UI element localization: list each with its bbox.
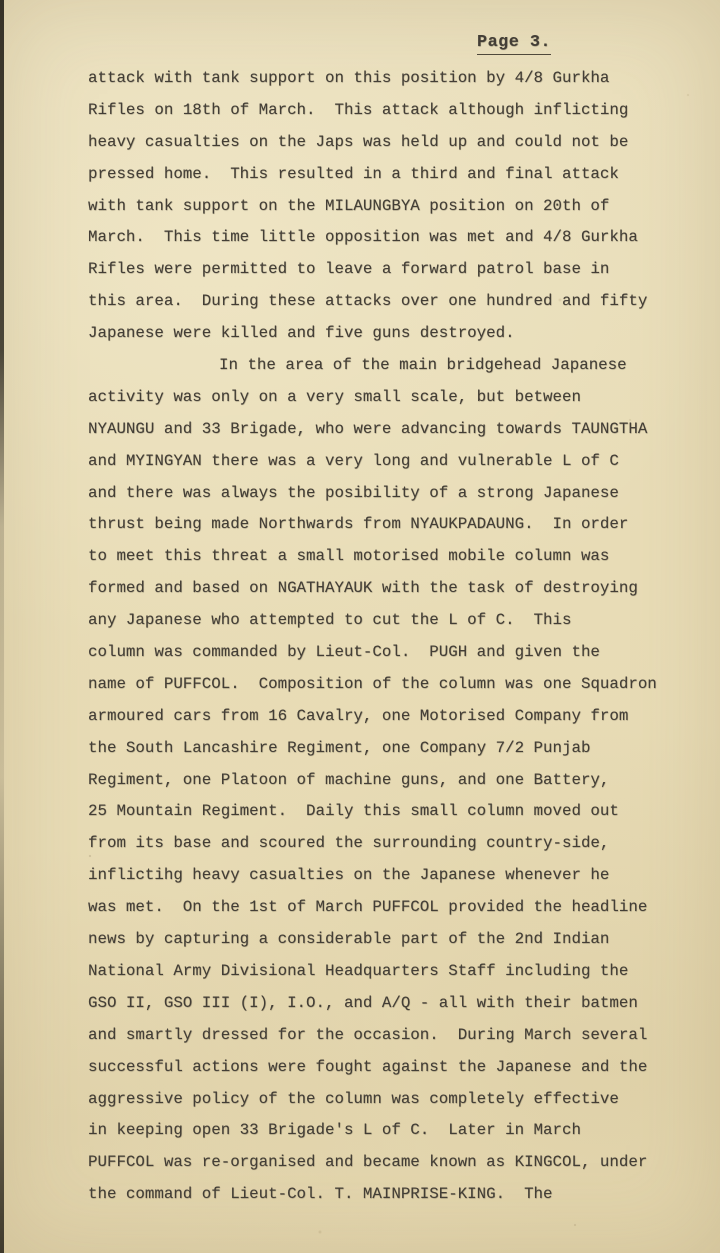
text-line: aggressive policy of the column was comp… (88, 1084, 688, 1116)
text-line: successful actions were fought against t… (88, 1052, 688, 1084)
text-line: name of PUFFCOL. Composition of the colu… (88, 669, 688, 701)
text-line: 25 Mountain Regiment. Daily this small c… (88, 796, 688, 828)
text-line: NYAUNGU and 33 Brigade, who were advanci… (88, 414, 688, 446)
text-line: PUFFCOL was re-organised and became know… (88, 1147, 688, 1179)
text-line: and MYINGYAN there was a very long and v… (88, 446, 688, 478)
text-line: GSO II, GSO III (I), I.O., and A/Q - all… (88, 988, 688, 1020)
text-line: Regiment, one Platoon of machine guns, a… (88, 765, 688, 797)
text-line: any Japanese who attempted to cut the L … (88, 605, 688, 637)
text-line: National Army Divisional Headquarters St… (88, 956, 688, 988)
text-line: column was commanded by Lieut-Col. PUGH … (88, 637, 688, 669)
text-line: Rifles on 18th of March. This attack alt… (88, 95, 688, 127)
scan-edge-artifact (0, 0, 4, 1253)
text-line: attack with tank support on this positio… (88, 63, 688, 95)
text-line: armoured cars from 16 Cavalry, one Motor… (88, 701, 688, 733)
text-line: thrust being made Northwards from NYAUKP… (88, 509, 688, 541)
text-line: heavy casualties on the Japs was held up… (88, 127, 688, 159)
text-line: In the area of the main bridgehead Japan… (88, 350, 688, 382)
text-line: formed and based on NGATHAYAUK with the … (88, 573, 688, 605)
text-line: was met. On the 1st of March PUFFCOL pro… (88, 892, 688, 924)
text-line: with tank support on the MILAUNGBYA posi… (88, 191, 688, 223)
text-line: activity was only on a very small scale,… (88, 382, 688, 414)
text-line: from its base and scoured the surroundin… (88, 828, 688, 860)
text-line: pressed home. This resulted in a third a… (88, 159, 688, 191)
scanned-document-page: Page 3. attack with tank support on this… (0, 0, 720, 1253)
text-line: to meet this threat a small motorised mo… (88, 541, 688, 573)
text-line: and there was always the posibility of a… (88, 478, 688, 510)
text-line: and smartly dressed for the occasion. Du… (88, 1020, 688, 1052)
text-line: this area. During these attacks over one… (88, 286, 688, 318)
text-line: news by capturing a considerable part of… (88, 924, 688, 956)
document-body: attack with tank support on this positio… (88, 63, 688, 1211)
page-number-heading: Page 3. (477, 33, 551, 55)
text-line: the command of Lieut-Col. T. MAINPRISE-K… (88, 1179, 688, 1211)
text-line: Rifles were permitted to leave a forward… (88, 254, 688, 286)
text-line: the South Lancashire Regiment, one Compa… (88, 733, 688, 765)
text-line: March. This time little opposition was m… (88, 222, 688, 254)
text-line: in keeping open 33 Brigade's L of C. Lat… (88, 1115, 688, 1147)
text-line: inflictihg heavy casualties on the Japan… (88, 860, 688, 892)
text-line: Japanese were killed and five guns destr… (88, 318, 688, 350)
